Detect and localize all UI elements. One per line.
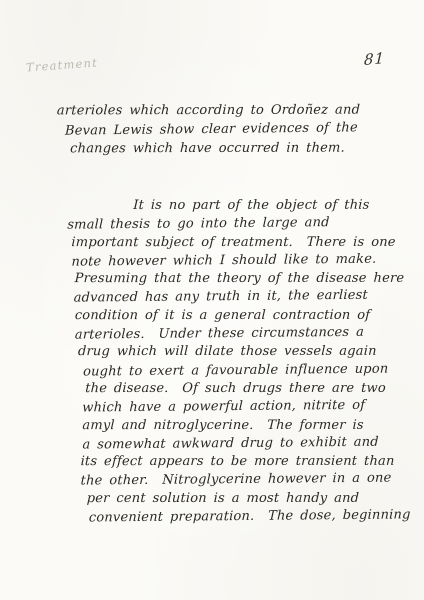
manuscript-line: the other. Nitroglycerine however in a o… (80, 470, 410, 491)
manuscript-line: note however which I should like to make… (71, 250, 409, 272)
manuscript-line: which have a powerful action, nitrite of (82, 397, 410, 418)
manuscript-line: convenient preparation. The dose, beginn… (89, 506, 411, 527)
manuscript-line: the disease. Of such drugs there are two (85, 380, 410, 399)
manuscript-line: arterioles. Under these circumstances a (75, 323, 410, 345)
manuscript-line: Presuming that the theory of the disease… (74, 270, 409, 289)
manuscript-line: Bevan Lewis show clear evidences of the (65, 118, 361, 140)
manuscript-line: arterioles which according to Ordoñez an… (57, 101, 361, 121)
manuscript-line: changes which have occurred in them. (70, 139, 361, 159)
manuscript-line: per cent solution is a most handy and (86, 490, 410, 509)
manuscript-line: condition of it is a general contraction… (74, 307, 409, 326)
manuscript-line: amyl and nitroglycerine. The former is (82, 416, 410, 435)
manuscript-line: its effect appears to be more transient … (80, 453, 410, 472)
manuscript-line: small thesis to go into the large and (67, 214, 409, 236)
manuscript-line: ought to exert a favourable influence up… (83, 360, 410, 381)
paragraph-1: arterioles which according to Ordoñez an… (57, 100, 361, 159)
manuscript-line: advanced has any truth in it, the earlie… (73, 287, 409, 309)
manuscript-line: a somewhat awkward drug to exhibit and (82, 433, 410, 454)
manuscript-page-scan: Treatment 81 arterioles which according … (0, 0, 424, 600)
manuscript-line: important subject of treatment. There is… (71, 233, 409, 252)
paragraph-2: It is no part of the object of this smal… (65, 196, 410, 527)
manuscript-line: It is no part of the object of this (133, 197, 409, 216)
page-number: 81 (364, 49, 386, 69)
manuscript-line: drug which will dilate those vessels aga… (78, 343, 410, 362)
running-title: Treatment (26, 56, 99, 75)
